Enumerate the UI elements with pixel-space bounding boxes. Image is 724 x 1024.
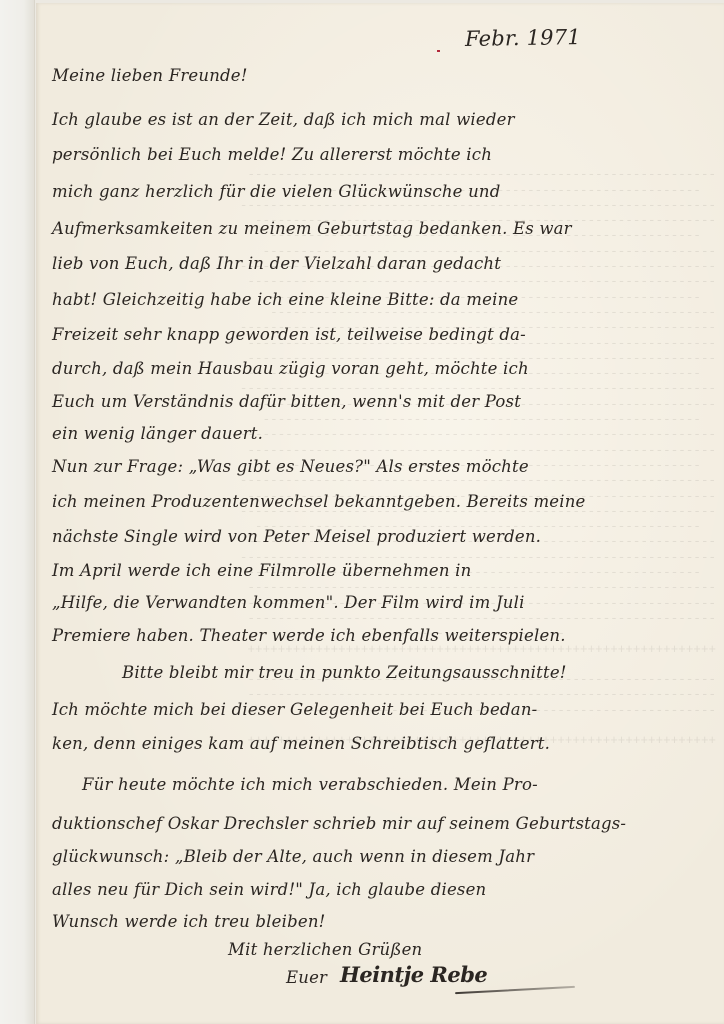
- body-line: duktionschef Oskar Drechsler schrieb mir…: [52, 814, 626, 833]
- body-line: Wunsch werde ich treu bleiben!: [52, 912, 325, 931]
- body-line: lieb von Euch, daß Ihr in der Vielzahl d…: [52, 254, 501, 273]
- body-line: Für heute möchte ich mich verabschieden.…: [82, 775, 538, 794]
- body-line: Premiere haben. Theater werde ich ebenfa…: [52, 626, 566, 645]
- body-line: nächste Single wird von Peter Meisel pro…: [52, 527, 541, 546]
- body-line: persönlich bei Euch melde! Zu allererst …: [52, 145, 492, 164]
- body-line: „Hilfe, die Verwandten kommen". Der Film…: [52, 593, 525, 612]
- signature: Heintje Rebe: [340, 962, 487, 987]
- body-line: mich ganz herzlich für die vielen Glückw…: [52, 182, 501, 201]
- body-line: Aufmerksamkeiten zu meinem Geburtstag be…: [52, 219, 572, 238]
- body-line: habt! Gleichzeitig habe ich eine kleine …: [52, 290, 518, 309]
- signature-prefix: Euer: [286, 968, 327, 987]
- body-line: Bitte bleibt mir treu in punkto Zeitungs…: [122, 663, 567, 682]
- body-line: durch, daß mein Hausbau zügig voran geht…: [52, 359, 529, 378]
- letter-date: Febr. 1971: [465, 25, 581, 51]
- body-line: glückwunsch: „Bleib der Alte, auch wenn …: [52, 847, 534, 866]
- body-line: ken, denn einiges kam auf meinen Schreib…: [52, 734, 550, 753]
- binding-margin: [0, 0, 35, 1024]
- body-line: Euch um Verständnis dafür bitten, wenn's…: [52, 392, 521, 411]
- salutation: Meine lieben Freunde!: [52, 66, 248, 85]
- body-line: ein wenig länger dauert.: [52, 424, 263, 443]
- body-line: Nun zur Frage: „Was gibt es Neues?" Als …: [52, 457, 529, 476]
- body-line: Ich möchte mich bei dieser Gelegenheit b…: [52, 700, 537, 719]
- body-line: alles neu für Dich sein wird!" Ja, ich g…: [52, 880, 486, 899]
- body-line: Ich glaube es ist an der Zeit, daß ich m…: [52, 110, 515, 129]
- red-ink-mark: [437, 50, 440, 52]
- closing: Mit herzlichen Grüßen: [228, 940, 422, 959]
- body-line: ich meinen Produzentenwechsel bekanntgeb…: [52, 492, 586, 511]
- body-line: Im April werde ich eine Filmrolle überne…: [52, 561, 471, 580]
- body-line: Freizeit sehr knapp geworden ist, teilwe…: [52, 325, 526, 344]
